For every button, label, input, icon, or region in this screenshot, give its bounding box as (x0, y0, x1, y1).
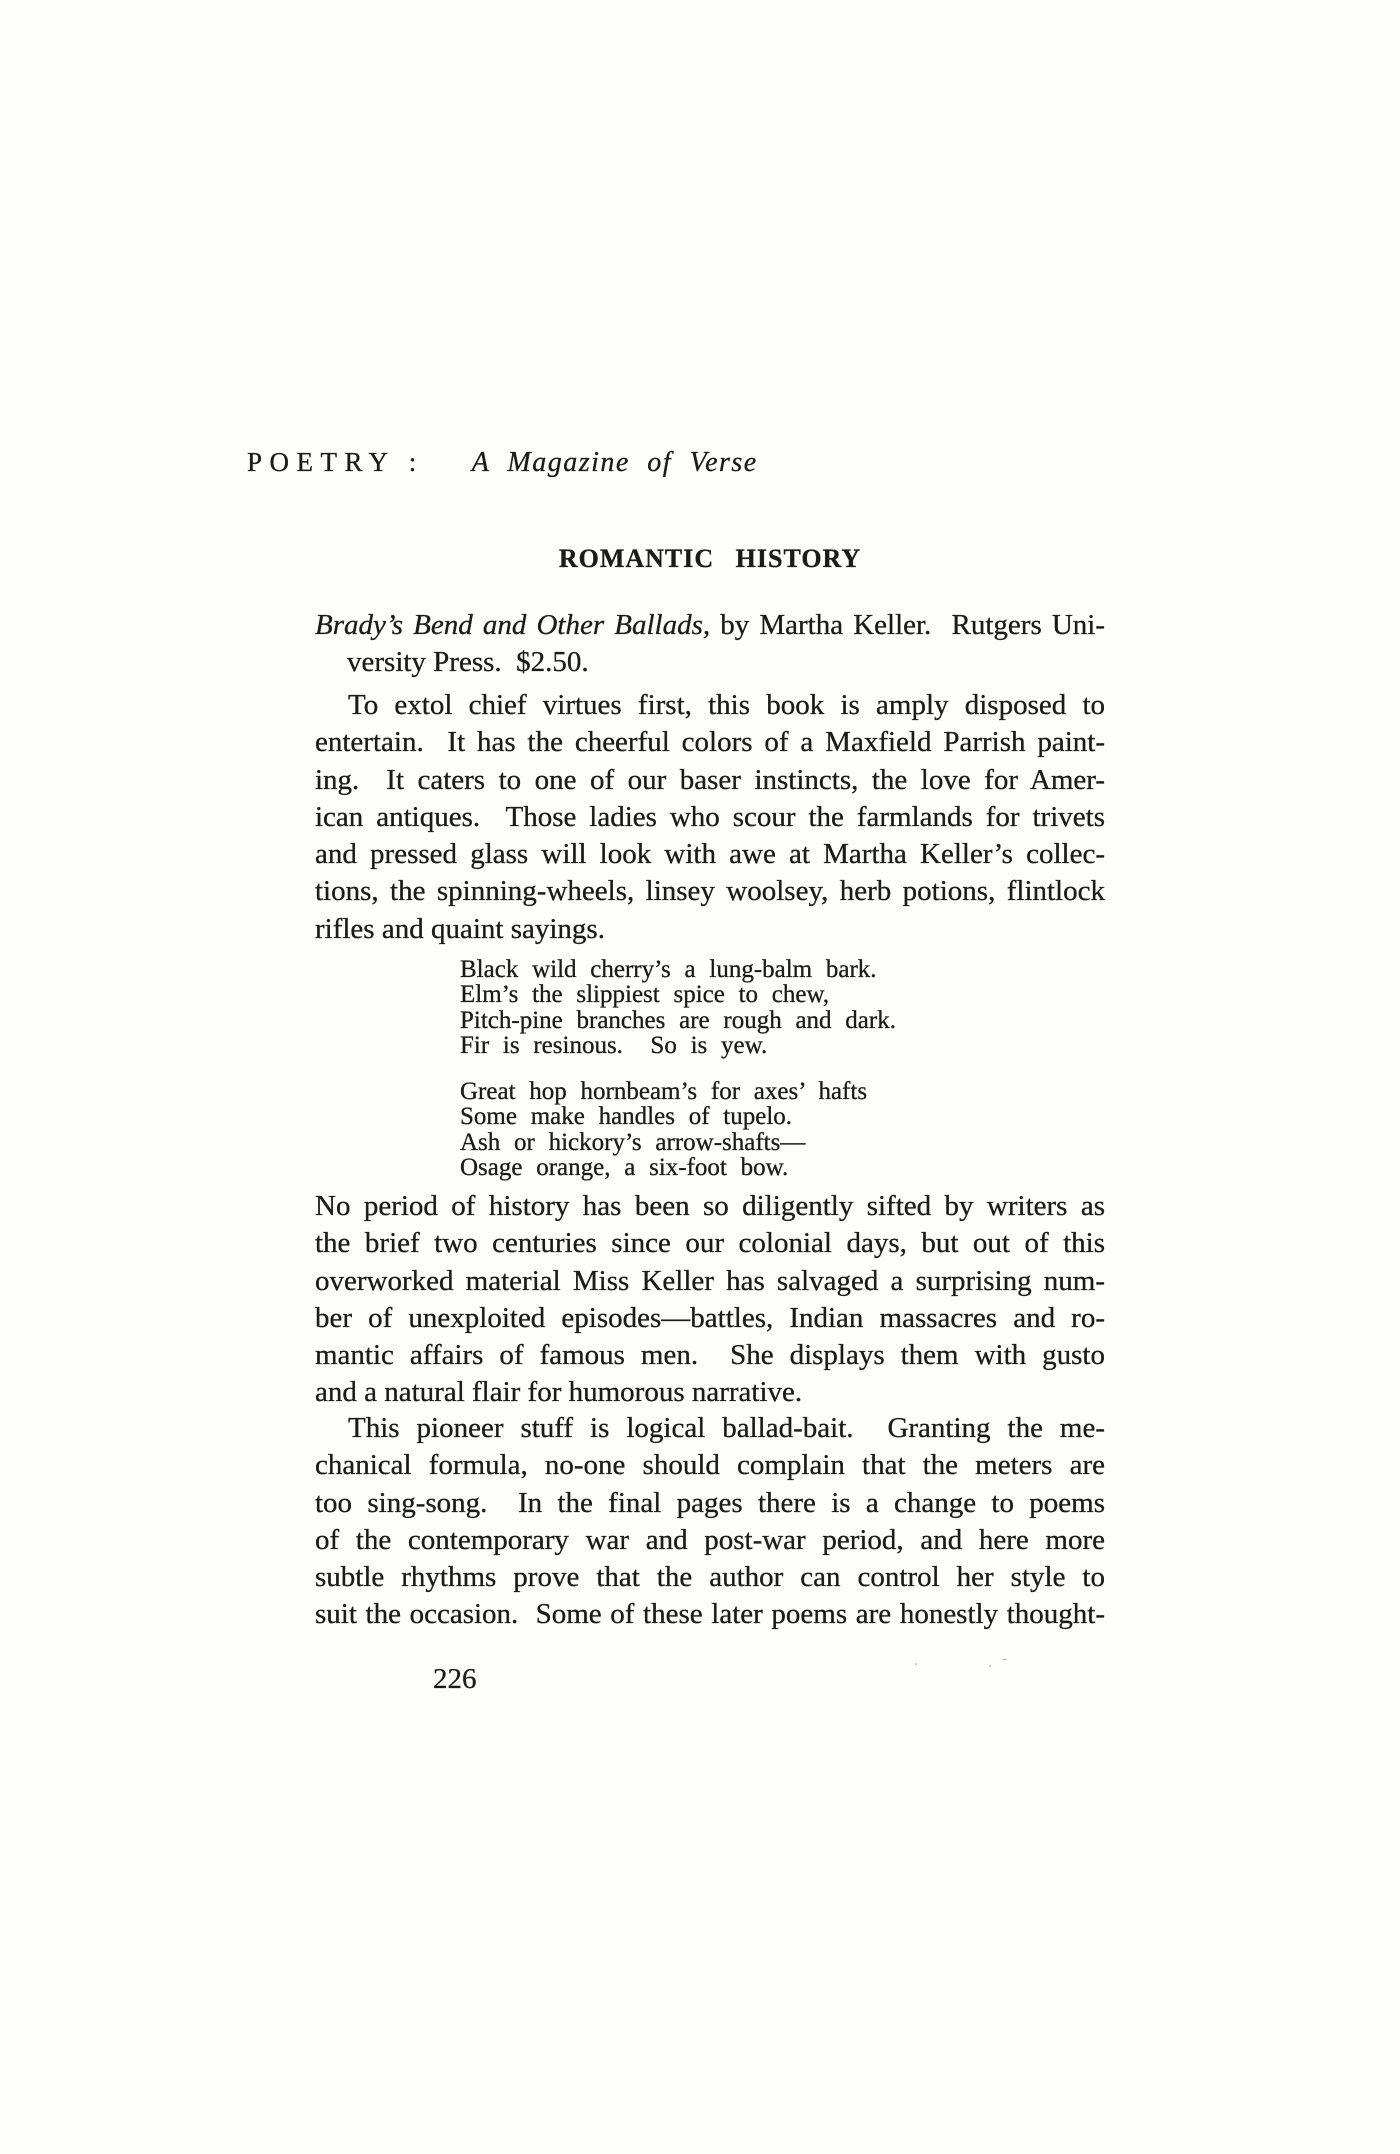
text-line: tions, the spinning-wheels, linsey wools… (315, 873, 1105, 910)
journal-subtitle: A Magazine of Verse (472, 447, 758, 478)
text-line: mantic affairs of famous men. She displa… (315, 1337, 1105, 1374)
citation-line-1: Brady’s Bend and Other Ballads, by Marth… (315, 607, 1105, 644)
text-line: the brief two centuries since our coloni… (315, 1225, 1105, 1262)
text-line: ber of unexploited episodes—battles, Ind… (315, 1300, 1105, 1337)
text-line: of the contemporary war and post-war per… (315, 1522, 1105, 1559)
citation-author: by Martha Keller. Rutgers Uni- (710, 609, 1105, 641)
poem-line: Elm’s the slippiest spice to chew, (460, 982, 896, 1007)
paragraph-3: This pioneer stuff is logical ballad-bai… (315, 1410, 1105, 1634)
text-line: No period of history has been so diligen… (315, 1188, 1105, 1225)
text-line: rifles and quaint sayings. (315, 911, 1105, 948)
text-line: entertain. It has the cheerful colors of… (315, 724, 1105, 761)
text-line: and pressed glass will look with awe at … (315, 836, 1105, 873)
text-line: suit the occasion. Some of these later p… (315, 1596, 1105, 1633)
book-page-scan: POETRY :A Magazine of Verse ROMANTIC HIS… (0, 0, 1400, 2154)
text-line: subtle rhythms prove that the author can… (315, 1559, 1105, 1596)
poem-line: Black wild cherry’s a lung-balm bark. (460, 957, 896, 982)
text-line: overworked material Miss Keller has salv… (315, 1263, 1105, 1300)
poem-stanza-1: Black wild cherry’s a lung-balm bark.Elm… (460, 957, 896, 1059)
book-citation: Brady’s Bend and Other Ballads, by Marth… (315, 607, 1105, 682)
poem-line: Some make handles of tupelo. (460, 1104, 867, 1129)
citation-line-2: versity Press. $2.50. (347, 644, 1105, 681)
book-title: Brady’s Bend and Other Ballads, (315, 609, 710, 641)
scan-speck: - (1002, 1650, 1007, 1668)
text-line: too sing-song. In the final pages there … (315, 1485, 1105, 1522)
text-line: and a natural flair for humorous narrati… (315, 1374, 1105, 1411)
section-heading: ROMANTIC HISTORY (315, 544, 1105, 574)
paragraph-2: No period of history has been so diligen… (315, 1188, 1105, 1412)
poem-line: Ash or hickory’s arrow-shafts— (460, 1130, 867, 1155)
poem-line: Great hop hornbeam’s for axes’ hafts (460, 1079, 867, 1104)
poem-line: Pitch-pine branches are rough and dark. (460, 1008, 896, 1033)
text-line: chanical formula, no-one should complain… (315, 1447, 1105, 1484)
running-head: POETRY :A Magazine of Verse (247, 447, 758, 479)
text-line: ing. It caters to one of our baser insti… (315, 762, 1105, 799)
paragraph-1: To extol chief virtues first, this book … (315, 687, 1105, 948)
scan-speck: . (988, 1654, 992, 1672)
poem-stanza-2: Great hop hornbeam’s for axes’ haftsSome… (460, 1079, 867, 1181)
poem-line: Osage orange, a six-foot bow. (460, 1155, 867, 1180)
text-line: To extol chief virtues first, this book … (315, 687, 1105, 724)
scan-speck: . (914, 1652, 918, 1670)
text-line: This pioneer stuff is logical ballad-bai… (315, 1410, 1105, 1447)
page-number: 226 (433, 1663, 477, 1696)
journal-title: POETRY : (247, 447, 424, 477)
poem-line: Fir is resinous. So is yew. (460, 1033, 896, 1058)
text-line: ican antiques. Those ladies who scour th… (315, 799, 1105, 836)
